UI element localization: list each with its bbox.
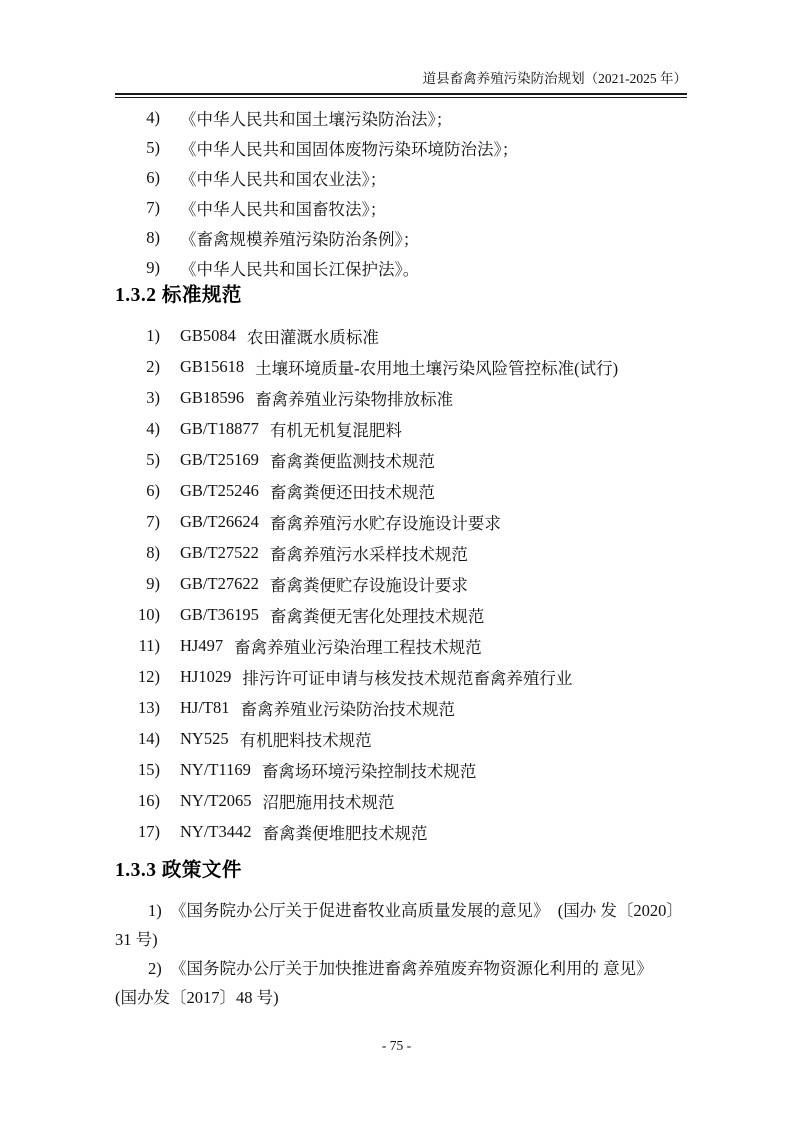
standard-name: 畜禽粪便贮存设施设计要求 <box>270 572 468 596</box>
standard-code: NY/T3442 <box>180 822 252 842</box>
list-item-text: 《中华人民共和国长江保护法》。 <box>180 256 419 280</box>
list-item-number: 7) <box>115 198 160 218</box>
list-item-number: 2) <box>115 357 160 377</box>
policy-paragraph-line: 2) 《国务院办公厅关于加快推进畜禽养殖废弃物资源化利用的 意见》 <box>115 954 687 983</box>
list-item-number: 5) <box>115 450 160 470</box>
law-list-item: 4) 《中华人民共和国土壤污染防治法》； <box>115 103 687 133</box>
standard-list-item: 1) GB5084 农田灌溉水质标准 <box>115 320 687 351</box>
standard-name: 土壤环境质量-农用地土壤污染风险管控标准(试行) <box>255 355 618 379</box>
standard-code: GB/T25169 <box>180 450 259 470</box>
list-item-number: 13) <box>115 698 160 718</box>
list-item-text: 《中华人民共和国土壤污染防治法》； <box>180 106 452 130</box>
list-item-number: 1) <box>115 326 160 346</box>
list-item-number: 3) <box>115 388 160 408</box>
list-item-number: 12) <box>115 667 160 687</box>
standard-code: HJ/T81 <box>180 698 230 718</box>
law-list-item: 9) 《中华人民共和国长江保护法》。 <box>115 253 687 283</box>
standard-code: GB18596 <box>180 388 244 408</box>
standard-list-item: 5) GB/T25169 畜禽粪便监测技术规范 <box>115 444 687 475</box>
list-item-number: 6) <box>115 168 160 188</box>
policy-paragraph-line: 1) 《国务院办公厅关于促进畜牧业高质量发展的意见》 (国办 发〔2020〕 <box>115 896 687 925</box>
policy-paragraph-line: (国办发〔2017〕48 号) <box>115 983 687 1012</box>
standard-code: NY525 <box>180 729 229 749</box>
standard-list-item: 9) GB/T27622 畜禽粪便贮存设施设计要求 <box>115 568 687 599</box>
standard-name: 有机肥料技术规范 <box>240 727 372 751</box>
list-item-number: 4) <box>115 419 160 439</box>
standard-list-item: 17) NY/T3442 畜禽粪便堆肥技术规范 <box>115 816 687 847</box>
standard-code: HJ1029 <box>180 667 231 687</box>
standard-code: GB/T25246 <box>180 481 259 501</box>
policy-paragraphs: 1) 《国务院办公厅关于促进畜牧业高质量发展的意见》 (国办 发〔2020〕 3… <box>115 896 687 1012</box>
standard-name: 畜禽养殖业污染防治技术规范 <box>241 696 456 720</box>
standard-code: GB/T36195 <box>180 605 259 625</box>
list-item-number: 15) <box>115 760 160 780</box>
standard-list-item: 14) NY525 有机肥料技术规范 <box>115 723 687 754</box>
page-content: 道县畜禽养殖污染防治规划（2021-2025 年） 4) 《中华人民共和国土壤污… <box>115 70 687 1012</box>
page-number: - 75 - <box>0 1037 793 1055</box>
list-item-number: 4) <box>115 108 160 128</box>
standard-list-item: 4) GB/T18877 有机无机复混肥料 <box>115 413 687 444</box>
standard-name: 沼肥施用技术规范 <box>263 789 395 813</box>
standard-code: GB5084 <box>180 326 236 346</box>
list-item-text: 《畜禽规模养殖污染防治条例》； <box>180 226 419 250</box>
list-item-number: 17) <box>115 822 160 842</box>
list-item-number: 11) <box>115 636 160 656</box>
policy-paragraph-line: 31 号) <box>115 925 687 954</box>
standard-name: 排污许可证申请与核发技术规范畜禽养殖行业 <box>242 665 572 689</box>
header-rule <box>115 93 687 98</box>
law-list-item: 7) 《中华人民共和国畜牧法》； <box>115 193 687 223</box>
standard-name: 畜禽养殖业污染物排放标准 <box>255 386 453 410</box>
list-item-number: 10) <box>115 605 160 625</box>
standard-name: 畜禽粪便无害化处理技术规范 <box>270 603 485 627</box>
standard-list-item: 12) HJ1029 排污许可证申请与核发技术规范畜禽养殖行业 <box>115 661 687 692</box>
standard-list-item: 11) HJ497 畜禽养殖业污染治理工程技术规范 <box>115 630 687 661</box>
law-list-item: 5) 《中华人民共和国固体废物污染环境防治法》； <box>115 133 687 163</box>
standard-name: 畜禽粪便监测技术规范 <box>270 448 435 472</box>
standard-list-item: 6) GB/T25246 畜禽粪便还田技术规范 <box>115 475 687 506</box>
list-item-number: 7) <box>115 512 160 532</box>
standard-name: 畜禽场环境污染控制技术规范 <box>262 758 477 782</box>
list-item-number: 9) <box>115 574 160 594</box>
standard-code: GB/T27522 <box>180 543 259 563</box>
standard-code: NY/T1169 <box>180 760 251 780</box>
list-item-number: 6) <box>115 481 160 501</box>
list-item-number: 14) <box>115 729 160 749</box>
standard-name: 畜禽粪便还田技术规范 <box>270 479 435 503</box>
standard-code: GB/T26624 <box>180 512 259 532</box>
list-item-number: 8) <box>115 543 160 563</box>
standard-list-item: 13) HJ/T81 畜禽养殖业污染防治技术规范 <box>115 692 687 723</box>
standard-name: 畜禽养殖污水采样技术规范 <box>270 541 468 565</box>
standard-code: GB15618 <box>180 357 244 377</box>
list-item-number: 16) <box>115 791 160 811</box>
standard-name: 畜禽养殖污水贮存设施设计要求 <box>270 510 501 534</box>
list-item-number: 9) <box>115 258 160 278</box>
standard-list-item: 16) NY/T2065 沼肥施用技术规范 <box>115 785 687 816</box>
section-heading-policies: 1.3.3 政策文件 <box>115 858 687 884</box>
running-header-title: 道县畜禽养殖污染防治规划（2021-2025 年） <box>115 70 687 88</box>
standard-code: GB/T27622 <box>180 574 259 594</box>
standard-code: GB/T18877 <box>180 419 259 439</box>
document-page: 道县畜禽养殖污染防治规划（2021-2025 年） 4) 《中华人民共和国土壤污… <box>0 0 793 1122</box>
standard-code: HJ497 <box>180 636 223 656</box>
standard-list-item: 8) GB/T27522 畜禽养殖污水采样技术规范 <box>115 537 687 568</box>
standard-list-item: 7) GB/T26624 畜禽养殖污水贮存设施设计要求 <box>115 506 687 537</box>
standard-name: 有机无机复混肥料 <box>270 417 402 441</box>
law-list-item: 6) 《中华人民共和国农业法》； <box>115 163 687 193</box>
list-item-number: 8) <box>115 228 160 248</box>
standards-list: 1) GB5084 农田灌溉水质标准 2) GB15618 土壤环境质量-农用地… <box>115 320 687 847</box>
list-item-number: 5) <box>115 138 160 158</box>
law-list: 4) 《中华人民共和国土壤污染防治法》； 5) 《中华人民共和国固体废物污染环境… <box>115 103 687 283</box>
standard-list-item: 10) GB/T36195 畜禽粪便无害化处理技术规范 <box>115 599 687 630</box>
list-item-text: 《中华人民共和国畜牧法》； <box>180 196 386 220</box>
list-item-text: 《中华人民共和国固体废物污染环境防治法》； <box>180 136 518 160</box>
standard-list-item: 15) NY/T1169 畜禽场环境污染控制技术规范 <box>115 754 687 785</box>
standard-name: 畜禽养殖业污染治理工程技术规范 <box>234 634 482 658</box>
section-heading-standards: 1.3.2 标准规范 <box>115 283 687 309</box>
page-header: 道县畜禽养殖污染防治规划（2021-2025 年） <box>115 70 687 98</box>
standard-name: 农田灌溉水质标准 <box>247 324 379 348</box>
law-list-item: 8) 《畜禽规模养殖污染防治条例》； <box>115 223 687 253</box>
standard-code: NY/T2065 <box>180 791 252 811</box>
list-item-text: 《中华人民共和国农业法》； <box>180 166 386 190</box>
standard-list-item: 2) GB15618 土壤环境质量-农用地土壤污染风险管控标准(试行) <box>115 351 687 382</box>
standard-list-item: 3) GB18596 畜禽养殖业污染物排放标准 <box>115 382 687 413</box>
standard-name: 畜禽粪便堆肥技术规范 <box>263 820 428 844</box>
